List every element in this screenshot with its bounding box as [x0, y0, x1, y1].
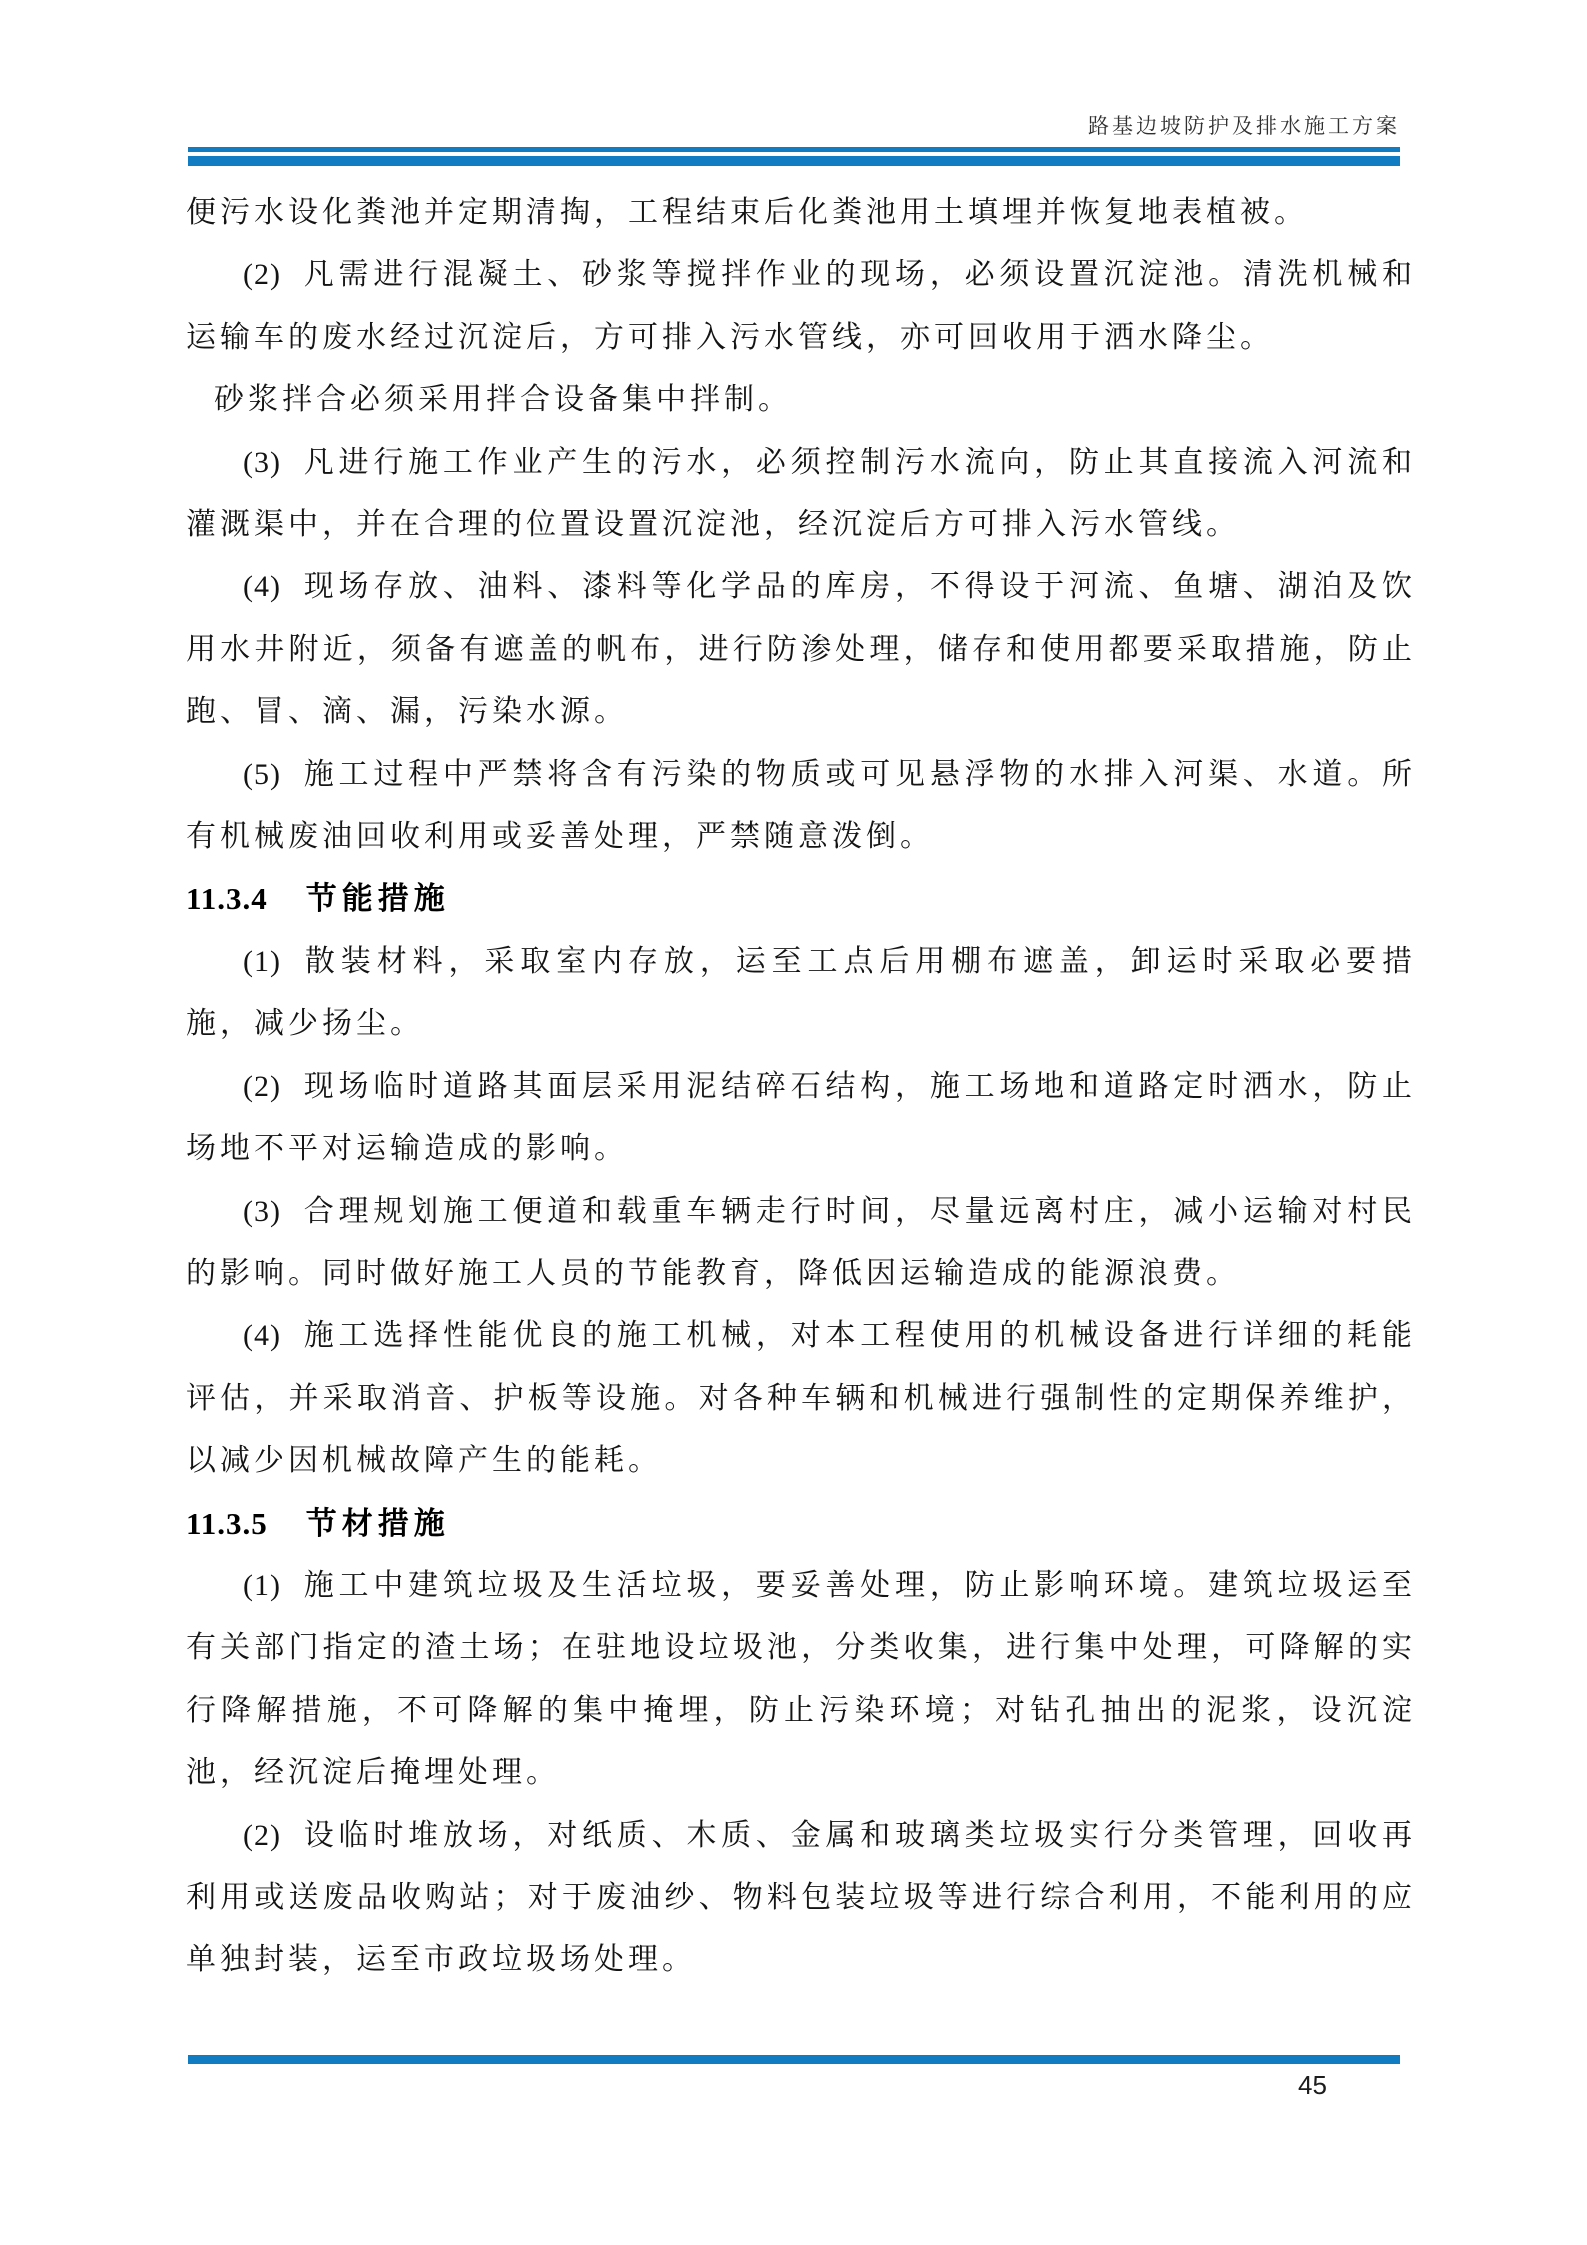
- paragraph-text: 施工中建筑垃圾及生活垃圾，要妥善处理，防止影响环境。建筑垃圾运至有关部门指定的渣…: [186, 1569, 1416, 1789]
- paragraph-number: (5): [243, 758, 281, 791]
- paragraph-number: (3): [243, 446, 281, 479]
- paragraph-number: (2): [243, 258, 281, 291]
- paragraph: (3)合理规划施工便道和载重车辆走行时间，尽量远离村庄，减小运输对村民的影响。同…: [186, 1181, 1416, 1306]
- paragraph: (5)施工过程中严禁将含有污染的物质或可见悬浮物的水排入河渠、水道。所有机械废油…: [186, 744, 1416, 869]
- heading-number: 11.3.5: [186, 1506, 268, 1541]
- paragraph-text: 便污水设化粪池并定期清掏，工程结束后化粪池用土填埋并恢复地表植被。: [186, 196, 1308, 229]
- heading-text: 节能措施: [306, 881, 450, 916]
- paragraph: (2)设临时堆放场，对纸质、木质、金属和玻璃类垃圾实行分类管理，回收再利用或送废…: [186, 1805, 1416, 1992]
- paragraph-text: 现场临时道路其面层采用泥结碎石结构，施工场地和道路定时洒水，防止场地不平对运输造…: [186, 1070, 1416, 1165]
- paragraph-text: 凡需进行混凝土、砂浆等搅拌作业的现场，必须设置沉淀池。清洗机械和运输车的废水经过…: [186, 258, 1416, 353]
- section-heading: 11.3.5节材措施: [186, 1493, 1416, 1555]
- document-body: 便污水设化粪池并定期清掏，工程结束后化粪池用土填埋并恢复地表植被。(2)凡需进行…: [186, 182, 1416, 1992]
- paragraph: 砂浆拌合必须采用拌合设备集中拌制。: [186, 369, 1416, 431]
- paragraph: (4)现场存放、油料、漆料等化学品的库房，不得设于河流、鱼塘、湖泊及饮用水井附近…: [186, 556, 1416, 743]
- page-header: 路基边坡防护及排水施工方案: [188, 0, 1400, 166]
- document-page: 路基边坡防护及排水施工方案 便污水设化粪池并定期清掏，工程结束后化粪池用土填埋并…: [0, 0, 1587, 2245]
- section-heading: 11.3.4节能措施: [186, 868, 1416, 930]
- paragraph-number: (4): [243, 570, 281, 603]
- header-title: 路基边坡防护及排水施工方案: [188, 0, 1400, 140]
- heading-text: 节材措施: [306, 1506, 450, 1541]
- header-rule-thin: [188, 147, 1400, 152]
- paragraph-number: (4): [243, 1319, 281, 1352]
- paragraph: (2)现场临时道路其面层采用泥结碎石结构，施工场地和道路定时洒水，防止场地不平对…: [186, 1056, 1416, 1181]
- heading-number: 11.3.4: [186, 881, 268, 916]
- header-rule-thick: [188, 156, 1400, 166]
- paragraph: (1)施工中建筑垃圾及生活垃圾，要妥善处理，防止影响环境。建筑垃圾运至有关部门指…: [186, 1555, 1416, 1805]
- paragraph: (4)施工选择性能优良的施工机械，对本工程使用的机械设备进行详细的耗能评估，并采…: [186, 1305, 1416, 1492]
- paragraph-number: (3): [243, 1195, 281, 1228]
- page-number: 45: [1298, 2070, 1327, 2101]
- paragraph-text: 现场存放、油料、漆料等化学品的库房，不得设于河流、鱼塘、湖泊及饮用水井附近，须备…: [186, 570, 1416, 728]
- paragraph-text: 施工选择性能优良的施工机械，对本工程使用的机械设备进行详细的耗能评估，并采取消音…: [186, 1319, 1416, 1477]
- paragraph: (3)凡进行施工作业产生的污水，必须控制污水流向，防止其直接流入河流和灌溉渠中，…: [186, 432, 1416, 557]
- paragraph-number: (2): [243, 1819, 281, 1852]
- paragraph: (2)凡需进行混凝土、砂浆等搅拌作业的现场，必须设置沉淀池。清洗机械和运输车的废…: [186, 244, 1416, 369]
- paragraph: 便污水设化粪池并定期清掏，工程结束后化粪池用土填埋并恢复地表植被。: [186, 182, 1416, 244]
- paragraph-text: 散装材料，采取室内存放，运至工点后用棚布遮盖，卸运时采取必要措施，减少扬尘。: [186, 945, 1416, 1040]
- paragraph-text: 设临时堆放场，对纸质、木质、金属和玻璃类垃圾实行分类管理，回收再利用或送废品收购…: [186, 1819, 1416, 1977]
- paragraph-text: 合理规划施工便道和载重车辆走行时间，尽量远离村庄，减小运输对村民的影响。同时做好…: [186, 1195, 1416, 1290]
- paragraph-text: 砂浆拌合必须采用拌合设备集中拌制。: [214, 383, 792, 416]
- paragraph-text: 施工过程中严禁将含有污染的物质或可见悬浮物的水排入河渠、水道。所有机械废油回收利…: [186, 758, 1416, 853]
- paragraph: (1)散装材料，采取室内存放，运至工点后用棚布遮盖，卸运时采取必要措施，减少扬尘…: [186, 931, 1416, 1056]
- paragraph-text: 凡进行施工作业产生的污水，必须控制污水流向，防止其直接流入河流和灌溉渠中，并在合…: [186, 446, 1416, 541]
- paragraph-number: (1): [243, 945, 281, 978]
- footer-rule: [188, 2055, 1400, 2064]
- paragraph-number: (1): [243, 1569, 281, 1602]
- paragraph-number: (2): [243, 1070, 281, 1103]
